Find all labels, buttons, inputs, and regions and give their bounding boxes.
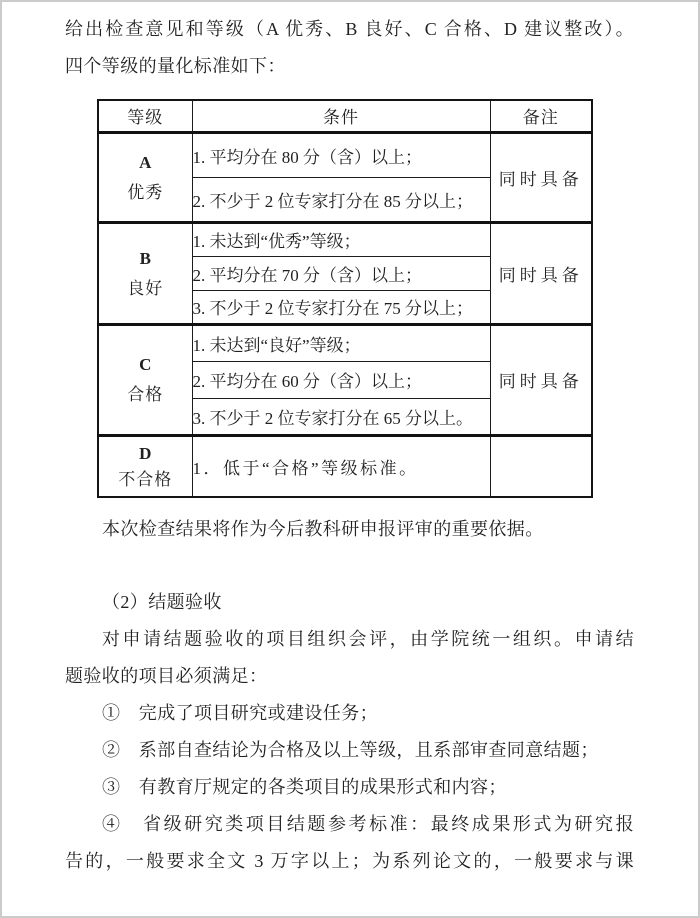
table-header-note: 备注	[490, 100, 592, 132]
document-page: 给出检查意见和等级（A 优秀、B 良好、C 合格、D 建议整改）。 四个等级的量…	[0, 0, 700, 918]
grade-letter-b: B	[140, 250, 151, 267]
table-row: C 合格 1. 未达到“良好”等级； 同时具备	[98, 324, 592, 361]
note-cell-a: 同时具备	[490, 132, 592, 222]
grade-letter-c: C	[139, 356, 151, 373]
note-cell-b: 同时具备	[490, 222, 592, 324]
grade-label-a: 优秀	[127, 184, 163, 201]
condition-cell-a2: 2. 不少于 2 位专家打分在 85 分以上；	[192, 177, 490, 222]
grade-letter-d: D	[139, 445, 151, 462]
table-header-row: 等级 条件 备注	[98, 100, 592, 132]
grade-cell-b: B 良好	[98, 222, 192, 324]
table-header-condition: 条件	[192, 100, 490, 132]
grade-criteria-table: 等级 条件 备注 A 优秀 1. 平均分在 80 分（含）以上； 同时具备 2.…	[97, 99, 593, 498]
condition-cell-c2: 2. 平均分在 60 分（含）以上；	[192, 361, 490, 398]
grade-cell-c: C 合格	[98, 324, 192, 435]
condition-cell-b3: 3. 不少于 2 位专家打分在 75 分以上；	[192, 290, 490, 324]
list-item-1: ① 完成了项目研究或建设任务；	[65, 695, 634, 732]
grade-label-b: 良好	[127, 280, 163, 297]
table-row: B 良好 1. 未达到“优秀”等级； 同时具备	[98, 222, 592, 256]
condition-cell-b1: 1. 未达到“优秀”等级；	[192, 222, 490, 256]
list-item-2: ② 系部自查结论为合格及以上等级，且系部审查同意结题；	[65, 732, 634, 769]
result-line: 本次检查结果将作为今后教科研申报评审的重要依据。	[65, 511, 634, 548]
paragraph-line-2: 题验收的项目必须满足：	[65, 658, 634, 695]
grade-cell-d: D 不合格	[98, 435, 192, 497]
condition-cell-b2: 2. 平均分在 70 分（含）以上；	[192, 256, 490, 290]
table-row: D 不合格 1．低于“合格”等级标准。	[98, 435, 592, 497]
list-item-3: ③ 有教育厅规定的各类项目的成果形式和内容；	[65, 769, 634, 806]
condition-cell-d1: 1．低于“合格”等级标准。	[192, 435, 490, 497]
table-header-grade: 等级	[98, 100, 192, 132]
section-heading: （2）结题验收	[65, 584, 634, 621]
condition-cell-c1: 1. 未达到“良好”等级；	[192, 324, 490, 361]
grade-letter-a: A	[139, 154, 151, 171]
table-row: A 优秀 1. 平均分在 80 分（含）以上； 同时具备	[98, 132, 592, 177]
grade-label-d: 不合格	[118, 471, 172, 488]
list-item-4-line-2: 告的，一般要求全文 3 万字以上；为系列论文的，一般要求与课	[65, 843, 634, 880]
intro-line-1: 给出检查意见和等级（A 优秀、B 良好、C 合格、D 建议整改）。	[65, 11, 634, 48]
note-cell-c: 同时具备	[490, 324, 592, 435]
paragraph-line-1: 对申请结题验收的项目组织会评，由学院统一组织。申请结	[65, 621, 634, 658]
condition-cell-a1: 1. 平均分在 80 分（含）以上；	[192, 132, 490, 177]
grade-cell-a: A 优秀	[98, 132, 192, 222]
note-cell-d	[490, 435, 592, 497]
condition-cell-c3: 3. 不少于 2 位专家打分在 65 分以上。	[192, 398, 490, 435]
list-item-4-line-1: ④ 省级研究类项目结题参考标准：最终成果形式为研究报	[65, 806, 634, 843]
intro-line-2: 四个等级的量化标准如下：	[65, 48, 634, 85]
grade-label-c: 合格	[127, 386, 163, 403]
